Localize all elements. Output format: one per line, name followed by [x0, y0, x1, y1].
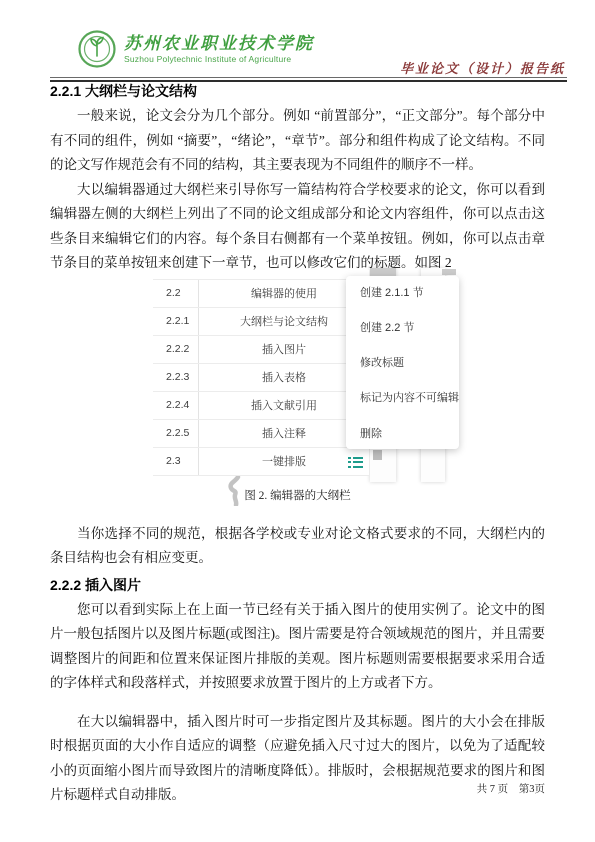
current-page: 第3页	[519, 784, 545, 795]
outline-row: 2.2.2 插入图片	[153, 336, 369, 364]
paragraph: 大以编辑器通过大纲栏来引导你写一篇结构符合学校要求的论文，你可以看到编辑器左侧的…	[50, 178, 545, 276]
outline-label: 一键排版	[199, 453, 369, 469]
outline-number: 2.2.2	[153, 336, 199, 363]
scrollbar-thumb	[442, 269, 456, 275]
menu-item-create-subsection: 创建 2.1.1 节	[360, 286, 451, 300]
paragraph: 当你选择不同的规范，根据各学校或专业对论文格式要求的不同，大纲栏内的条目结构也会…	[50, 522, 545, 571]
outline-row: 2.2.5 插入注释	[153, 420, 369, 448]
school-emblem-icon	[78, 30, 116, 68]
outline-number: 2.3	[153, 448, 199, 475]
outline-label: 大纲栏与论文结构	[199, 313, 369, 329]
outline-number: 2.2.1	[153, 308, 199, 335]
document-page: 苏州农业职业技术学院 Suzhou Polytechnic Institute …	[0, 0, 595, 842]
paragraph: 一般来说，论文会分为几个部分。例如 “前置部分”，“正文部分”。每个部分中有不同…	[50, 104, 545, 178]
outline-row-partial	[153, 270, 369, 280]
outline-panel: 2.2 编辑器的使用 2.2.1 大纲栏与论文结构 2.2.2 插入图片 2.2…	[153, 270, 369, 476]
page-footer: 共 7 页 第3页	[477, 781, 545, 796]
menu-item-create-section: 创建 2.2 节	[360, 321, 451, 335]
figure-caption: 图 2. 编辑器的大纲栏	[244, 490, 350, 502]
outline-row: 2.3 一键排版	[153, 448, 369, 476]
menu-item-delete: 删除	[360, 427, 451, 441]
outline-label: 编辑器的使用	[199, 285, 369, 301]
figure-caption-row: 图 2. 编辑器的大纲栏	[50, 486, 545, 504]
paragraph: 您可以看到实际上在上面一节已经有关于插入图片的使用实例了。论文中的图片一般包括图…	[50, 598, 545, 696]
format-list-icon	[348, 457, 363, 468]
scrollbar-thumb	[373, 450, 382, 460]
section-heading-222: 2.2.2 插入图片	[50, 576, 545, 594]
outline-row: 2.2.1 大纲栏与论文结构	[153, 308, 369, 336]
outline-label: 插入文献引用	[199, 397, 369, 413]
school-name-en: Suzhou Polytechnic Institute of Agricult…	[124, 54, 314, 65]
page-content: 2.2.1 大纲栏与论文结构 一般来说，论文会分为几个部分。例如 “前置部分”，…	[50, 82, 545, 808]
outline-number: 2.2	[153, 280, 199, 307]
outline-label: 插入图片	[199, 341, 369, 357]
school-logo: 苏州农业职业技术学院 Suzhou Polytechnic Institute …	[78, 30, 314, 68]
context-menu: 创建 2.1.1 节 创建 2.2 节 修改标题 标记为内容不可编辑 删除	[346, 276, 459, 449]
outline-row: 2.2.4 插入文献引用	[153, 392, 369, 420]
school-name-zh: 苏州农业职业技术学院	[124, 34, 314, 54]
section-heading-221: 2.2.1 大纲栏与论文结构	[50, 82, 545, 100]
outline-label: 插入表格	[199, 369, 369, 385]
doc-type-label: 毕业论文（设计）报告纸	[400, 58, 565, 77]
outline-row: 2.2 编辑器的使用	[153, 280, 369, 308]
cursor-icon	[226, 476, 244, 506]
outline-label: 插入注释	[199, 425, 369, 441]
outline-number: 2.2.5	[153, 420, 199, 447]
outline-number: 2.2.3	[153, 364, 199, 391]
menu-item-rename: 修改标题	[360, 356, 451, 370]
figure-screenshot: 2.2 编辑器的使用 2.2.1 大纲栏与论文结构 2.2.2 插入图片 2.2…	[150, 270, 460, 482]
outline-number: 2.2.4	[153, 392, 199, 419]
school-name: 苏州农业职业技术学院 Suzhou Polytechnic Institute …	[124, 34, 314, 65]
menu-item-mark-readonly: 标记为内容不可编辑	[360, 391, 451, 405]
total-pages: 共 7 页	[477, 784, 509, 795]
paragraph: 在大以编辑器中，插入图片时可一步指定图片及其标题。图片的大小会在排版时根据页面的…	[50, 710, 545, 808]
outline-row: 2.2.3 插入表格	[153, 364, 369, 392]
